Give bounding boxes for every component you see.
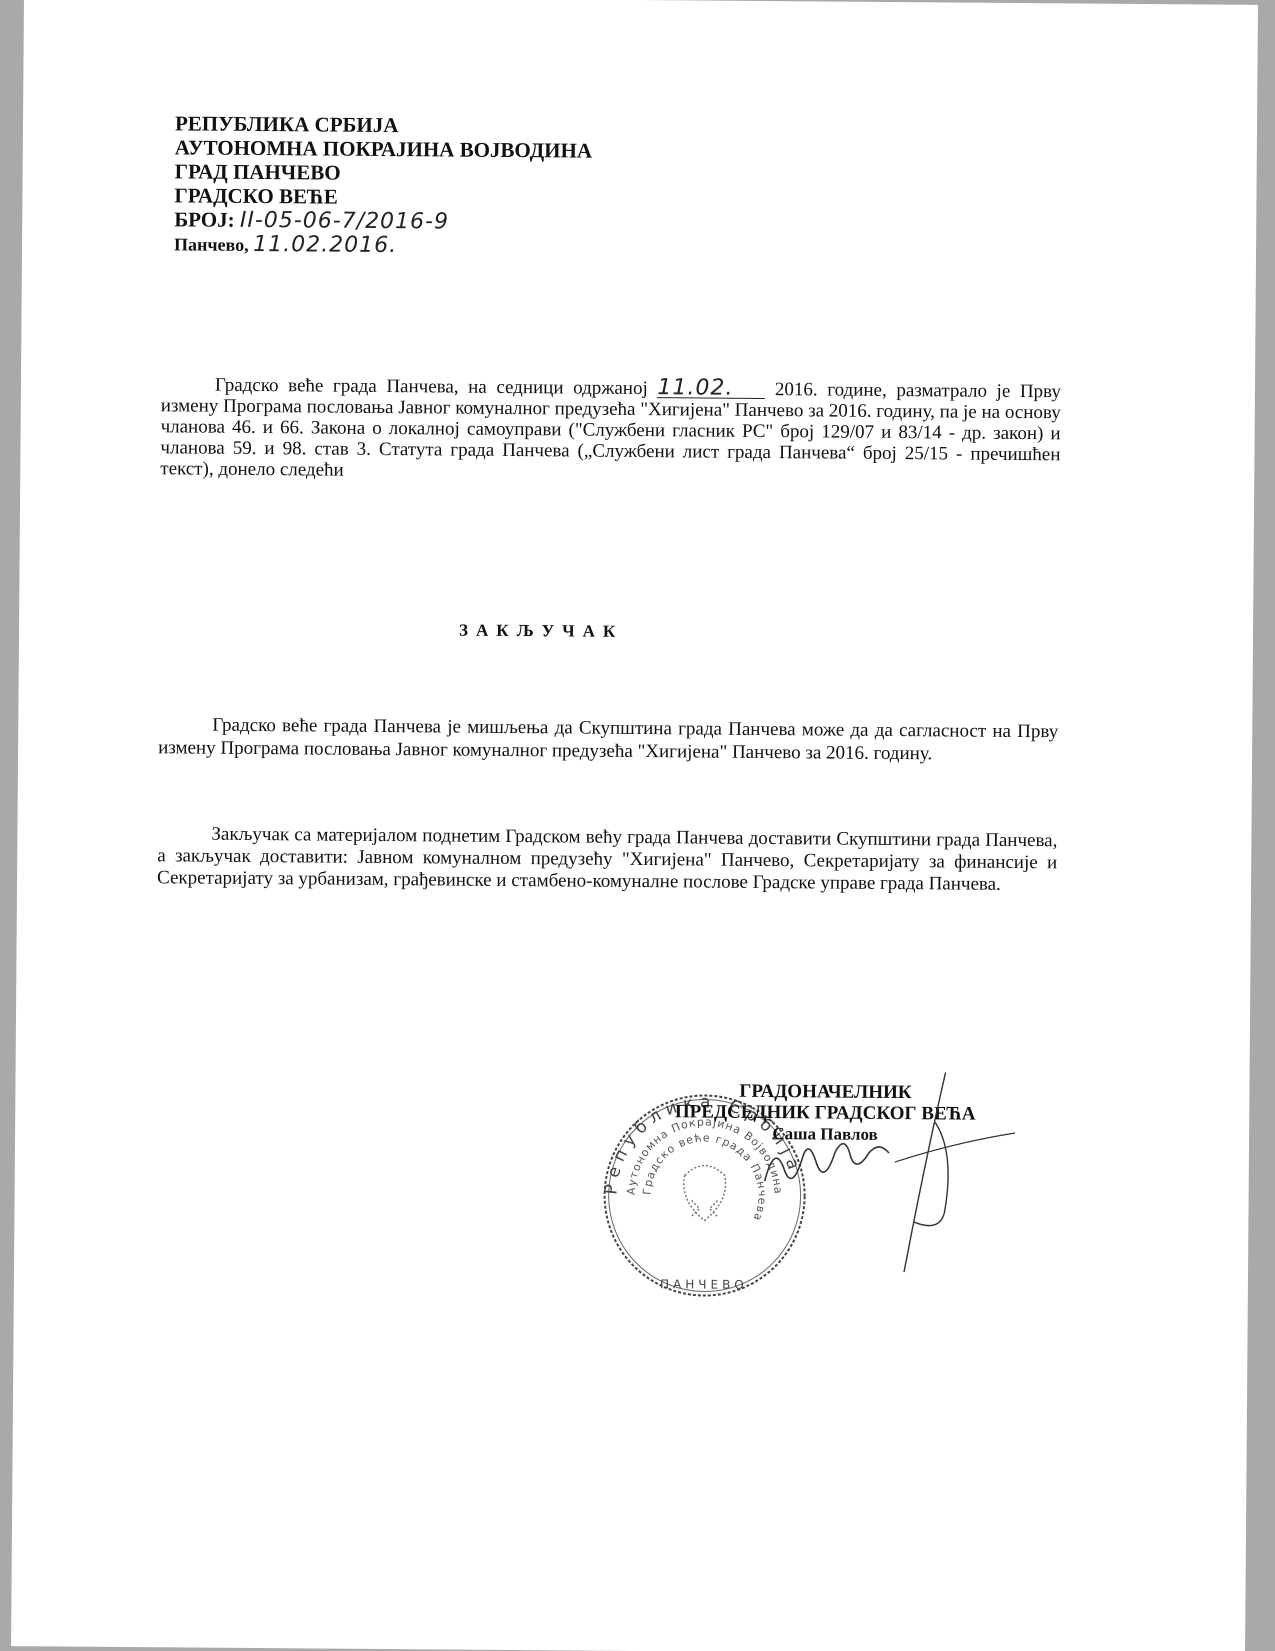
body-paragraph-2-text: Закључак са материјалом поднетим Градско… (157, 824, 1057, 895)
body-paragraph-2: Закључак са материјалом поднетим Градско… (157, 823, 1057, 896)
header-city: ГРАД ПАНЧЕВО (175, 159, 592, 186)
number-label: БРОЈ: (174, 207, 235, 231)
document-header: РЕПУБЛИКА СРБИЈА АУТОНОМНА ПОКРАЈИНА ВОЈ… (174, 111, 592, 259)
handwritten-session-date: 11.02. (657, 379, 765, 399)
header-province: АУТОНОМНА ПОКРАЈИНА ВОЈВОДИНА (175, 135, 592, 162)
document-page: РЕПУБЛИКА СРБИЈА АУТОНОМНА ПОКРАЈИНА ВОЈ… (11, 0, 1258, 1651)
header-number: БРОЈ: II-05-06-7/2016-9 (174, 207, 591, 235)
document-title: ЗАКЉУЧАК (459, 621, 623, 642)
body-paragraph-1: Градско веће града Панчева је мишљења да… (158, 713, 1058, 766)
body-paragraph-1-text: Градско веће града Панчева је мишљења да… (158, 715, 1058, 765)
number-value: II-05-06-7/2016-9 (240, 208, 449, 235)
header-place-date: Панчево, 11.02.2016. (174, 232, 591, 259)
header-republic: РЕПУБЛИКА СРБИЈА (175, 111, 592, 138)
stamp-bottom-text: ПАНЧЕВО (660, 1277, 748, 1292)
place-label: Панчево, (174, 234, 249, 255)
intro-paragraph: Градско веће града Панчева, на седници о… (160, 374, 1061, 486)
handwritten-signature-icon (744, 1061, 1016, 1293)
header-council: ГРАДСКО ВЕЋЕ (174, 183, 591, 210)
date-value: 11.02.2016. (253, 232, 397, 258)
